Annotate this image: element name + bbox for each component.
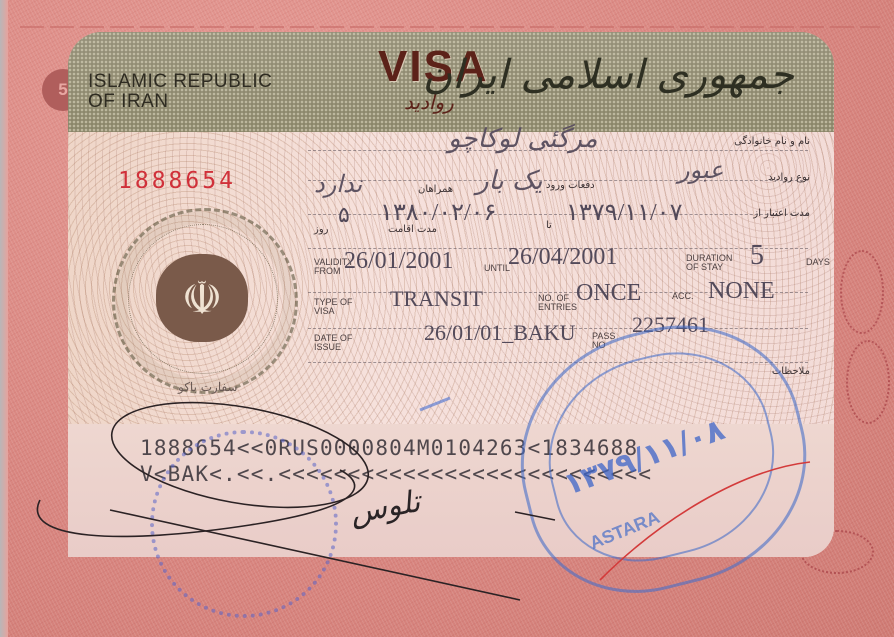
pen-strokes <box>0 0 894 637</box>
